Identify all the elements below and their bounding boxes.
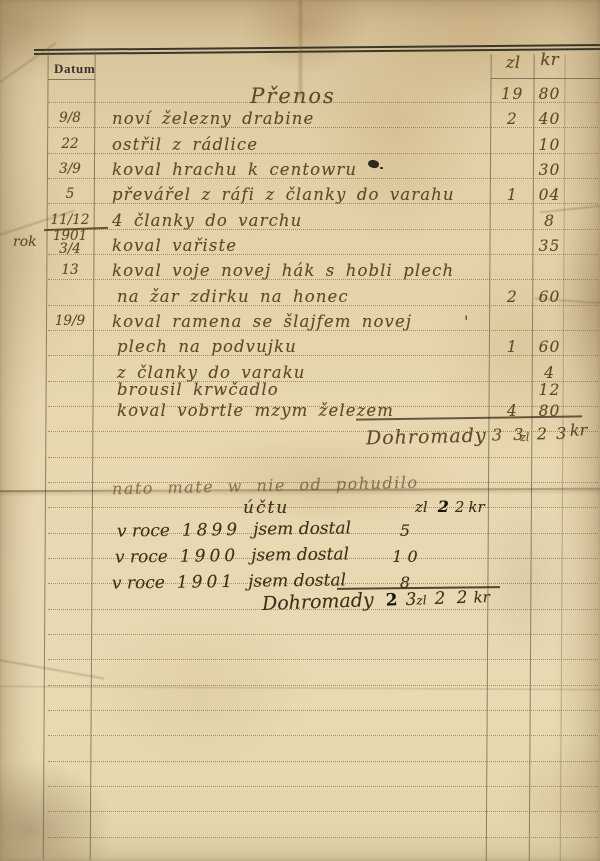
summary-rows: v roce1899jsem dostal5v roce1900jsem dos… — [0, 0, 600, 861]
summary-total-black-digit: 2 — [385, 590, 398, 610]
ink-speck — [380, 167, 383, 169]
summary-row: v roce1899jsem dostal — [117, 518, 351, 547]
summary-total-zl-unit: zl — [416, 593, 427, 607]
summary-total-kr-unit: kr — [473, 588, 490, 607]
summary-value: 5 — [382, 521, 428, 540]
summary-row: v roce1900jsem dostal — [114, 544, 348, 573]
summary-total-label: Dohromady — [262, 589, 374, 615]
summary-value: 1 0 — [382, 547, 428, 566]
summary-total-kr-digits: 2 2 — [434, 588, 471, 609]
scanned-ledger-page: Datum zl kr Přenos19809/8noví železny dr… — [0, 0, 600, 861]
